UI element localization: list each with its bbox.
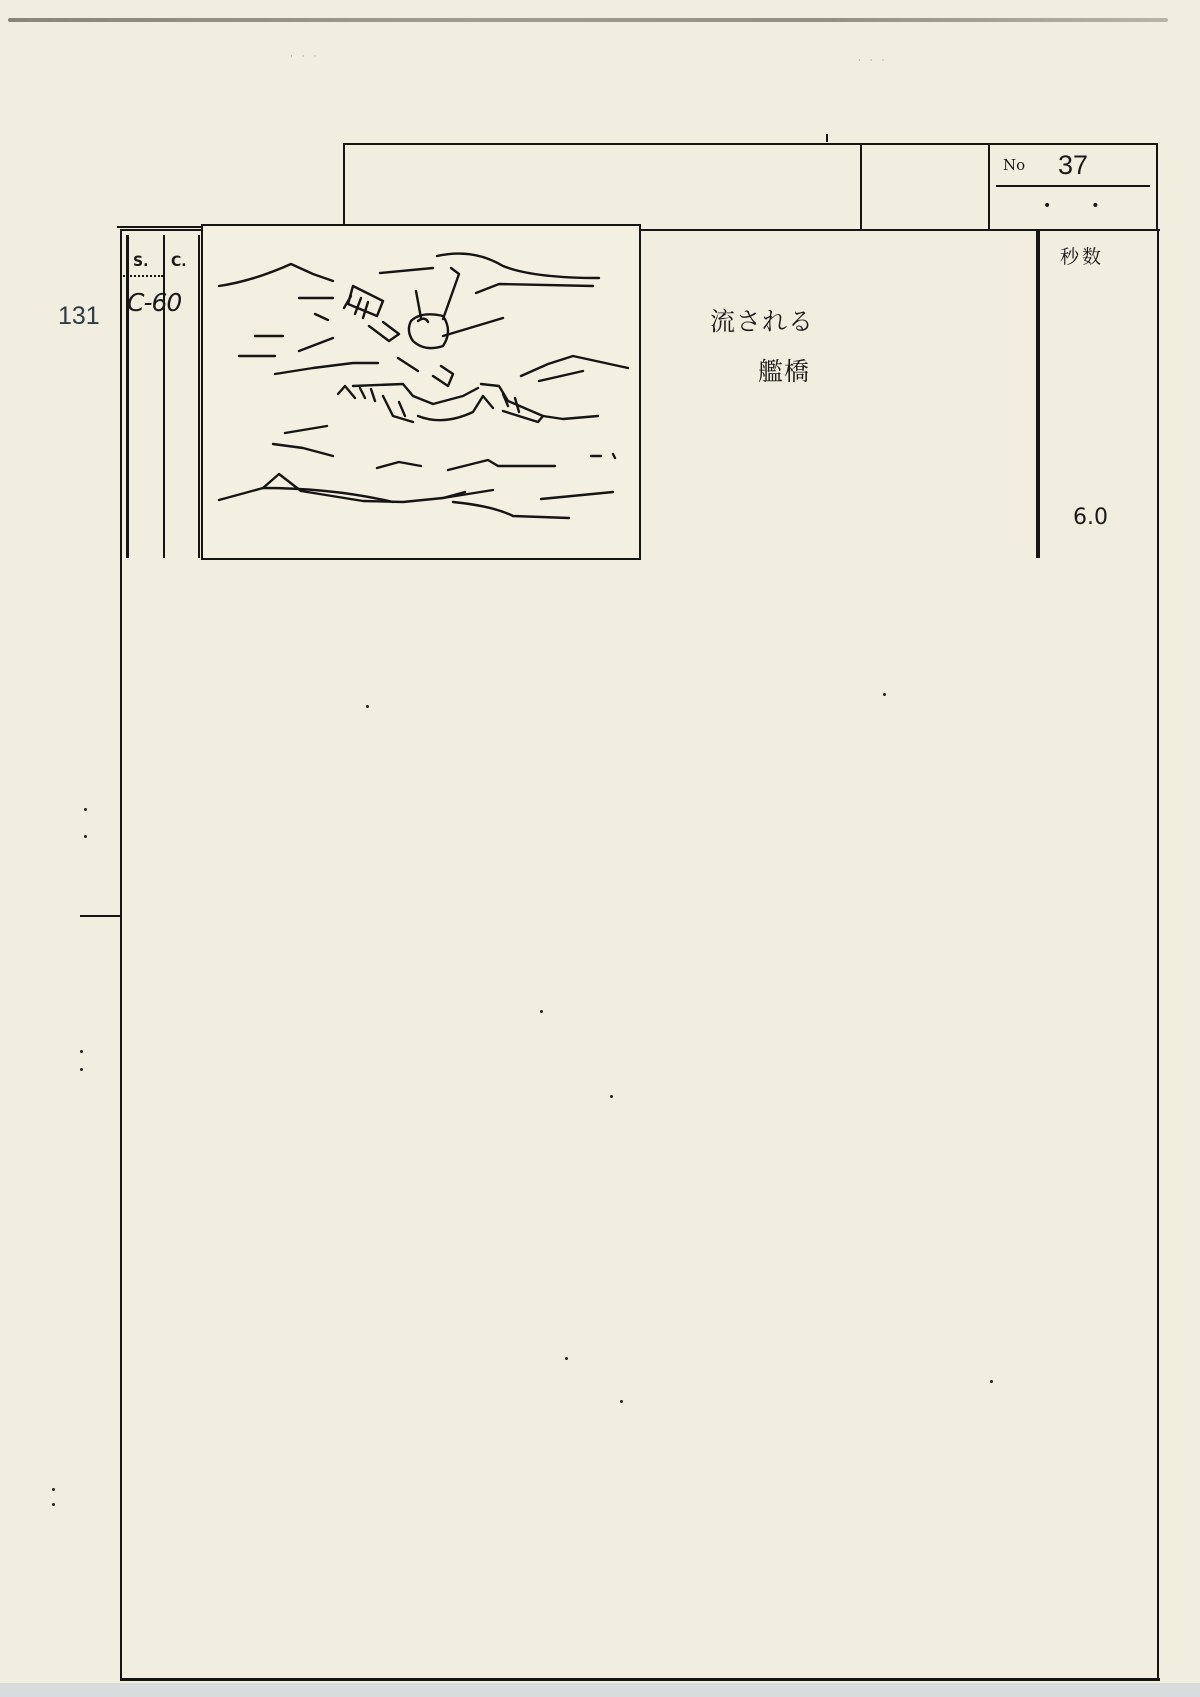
- scan-speck: [52, 1488, 55, 1491]
- sc-column-right: [198, 235, 200, 558]
- faint-mark-left: · · ·: [290, 52, 319, 62]
- faint-mark-right: · · ·: [858, 56, 887, 66]
- frame-top-right: [640, 229, 1160, 231]
- scan-speck: [620, 1400, 623, 1403]
- scan-speck: [540, 1010, 543, 1013]
- header-divider-1: [860, 143, 862, 230]
- header-divider-2: [988, 143, 990, 230]
- sc-dotted-rule: [123, 275, 163, 277]
- scan-bottom-edge: [0, 1683, 1200, 1697]
- cut-duration-seconds: 6.0: [1073, 505, 1108, 530]
- sc-column-inner-left: [126, 235, 129, 558]
- fold-mark: [80, 915, 120, 917]
- frame-bottom: [120, 1678, 1160, 1681]
- seconds-column-header: 秒数: [1060, 242, 1104, 269]
- scan-speck: [990, 1380, 993, 1383]
- action-text-line-2: 艦橋: [758, 352, 810, 388]
- number-label: No: [1003, 156, 1025, 174]
- action-text-line-1: 流される: [710, 302, 814, 338]
- scan-speck: [80, 1068, 83, 1071]
- sinking-bridge-drawing-icon: [203, 226, 643, 562]
- header-dots: ••: [1043, 198, 1140, 214]
- sc-column-divider: [163, 235, 165, 558]
- number-underline: [996, 185, 1150, 187]
- scan-speck: [883, 693, 886, 696]
- scan-speck: [565, 1357, 568, 1360]
- tick-mark: [826, 134, 828, 142]
- scan-speck: [366, 705, 369, 708]
- cut-column-header: C.: [171, 254, 187, 270]
- scene-column-header: S.: [133, 254, 148, 270]
- scan-speck: [84, 835, 87, 838]
- seconds-column-divider: [1036, 230, 1040, 558]
- scan-speck: [84, 808, 87, 811]
- scan-speck: [610, 1095, 613, 1098]
- scan-speck: [80, 1050, 83, 1053]
- scan-edge-smudge: [8, 18, 1168, 22]
- scene-cut-number: C-60: [127, 288, 181, 317]
- picture-panel: [201, 224, 641, 560]
- sheet-number: 37: [1058, 150, 1088, 181]
- margin-page-number: 131: [58, 302, 100, 331]
- scan-speck: [52, 1503, 55, 1506]
